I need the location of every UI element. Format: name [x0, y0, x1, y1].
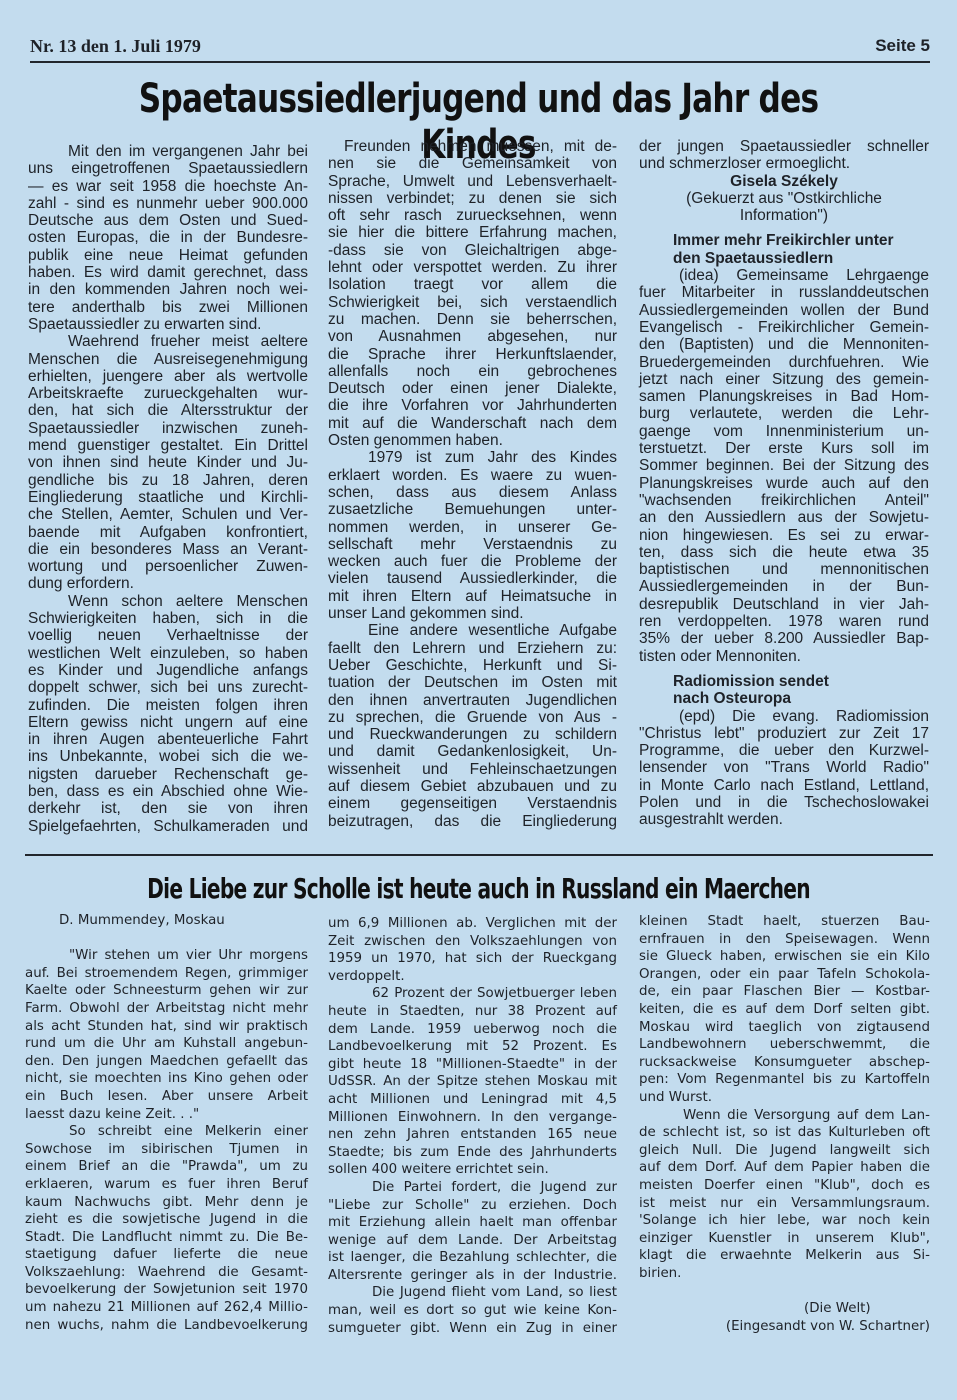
text-line: die ein besonderes Mass an Verant-	[28, 541, 308, 558]
text-line: Arbeitskraefte zurueckgehalten wur-	[28, 385, 308, 402]
text-line: westlichen Welt einzuleben, so haben	[28, 645, 308, 662]
text-line: faellt den Lehrern und Erziehern zu:	[328, 640, 617, 657]
text-line: um nahezu 21 Millionen auf 262,4 Millio-	[25, 1299, 308, 1317]
text-line: pen: Vom Regenmantel bis zu Kartoffeln	[639, 1071, 930, 1089]
text-line: Eltern gewiss nicht ungern auf eine	[28, 714, 308, 731]
text-line: Die Partei fordert, die Jugend zur	[328, 1179, 617, 1197]
text-line: man, weil es dort so gut wie keine Kon-	[328, 1302, 617, 1320]
text-line: tuation der Deutschen im Osten mit	[328, 674, 617, 691]
text-line: Die Jugend flieht vom Land, so liest	[328, 1284, 617, 1302]
text-line: nen wuchs, nahm die Landbevoelkerung	[25, 1317, 308, 1335]
text-line: Deutsche aus dem Osten und Sued-	[28, 212, 308, 229]
subheading: Immer mehr Freikirchler unter	[639, 232, 929, 249]
newspaper-page: Nr. 13 den 1. Juli 1979 Seite 5 Spaetaus…	[0, 0, 957, 1400]
subheading: Radiomission sendet	[639, 673, 929, 690]
text-line: gaenge vom Innenministerium un-	[639, 423, 929, 440]
text-line: Millionen Einwohnern. In den vergange-	[328, 1109, 617, 1127]
text-line: oft sehr rasch zuruecksehnen, wenn	[328, 207, 617, 224]
text-line: erhielten, juengere aber als wertvolle	[28, 368, 308, 385]
text-line: tere anderthalb bis zwei Millionen	[28, 299, 308, 316]
text-line: 62 Prozent der Sowjetbuerger leben	[328, 985, 617, 1003]
text-line: gleich Null. Die Jugend langweilt sich	[639, 1142, 930, 1160]
text-line: ausgestrahlt werden.	[639, 811, 929, 828]
text-line: voellig neuen Verhaeltnisse der	[28, 627, 308, 644]
text-line: zusaetzliche Bemuehungen unter-	[328, 501, 617, 518]
text-line: gibt heute 18 "Millionen-Staedte" in der	[328, 1056, 617, 1074]
text-line: nion hingewiesen. Es sei zu erwar-	[639, 527, 929, 544]
text-line: Programme, die ueber den Kurzwel-	[639, 742, 929, 759]
text-line: So schreibt eine Melkerin einer	[25, 1123, 308, 1141]
text-line: 1979 ist zum Jahr des Kindes	[328, 449, 617, 466]
text-line: ren verdoppelten. 1978 waren rund	[639, 613, 929, 630]
text-line: terstuetzt. Der erste Kurs soll im	[639, 440, 929, 457]
text-line: Eingliederung staatliche und Kirchli-	[28, 489, 308, 506]
text-line: 35% der ueber 8.200 Aussiedler Bap-	[639, 630, 929, 647]
text-line: osten Europas, die in der Bundesre-	[28, 229, 308, 246]
text-line: einem gegenseitigen Verstaendnis	[328, 795, 617, 812]
text-line: baptistischen und mennonitischen	[639, 561, 929, 578]
text-line: UdSSR. An der Spitze stehen Moskau mit	[328, 1073, 617, 1091]
text-line: und Wurst.	[639, 1089, 930, 1107]
text-line: staetigung dafuer lieferte die neue	[25, 1246, 308, 1264]
text-line: erklaert worden. Es waere zu wuen-	[328, 467, 617, 484]
text-line: derkehr ist, den sie von ihren	[28, 800, 308, 817]
text-line: wenige auf dem Lande. Der Arbeitstag	[328, 1232, 617, 1250]
text-line: mit ihren Eltern auf Heimatsuche in	[328, 588, 617, 605]
text-line: heute in Staedten, nur 38 Prozent auf	[328, 1003, 617, 1021]
text-line: nicht, sie moechten ins Kino gehen oder	[25, 1070, 308, 1088]
issue-date: Nr. 13 den 1. Juli 1979	[30, 36, 201, 57]
text-line: keiten, die es auf dem Dorf selten gibt.	[639, 1001, 930, 1019]
text-line: wissenheit und Fehleinschaetzungen	[328, 761, 617, 778]
text-line: Bruedergemeinden durchfuehren. Wie	[639, 354, 929, 371]
text-line: von Ausnahmen abgesehen, nur	[328, 328, 617, 345]
subheading: nach Osteuropa	[639, 690, 929, 707]
text-line: lensender von "Trans World Radio"	[639, 759, 929, 776]
text-line: wecken auch fuer die Probleme der	[328, 553, 617, 570]
text-line: einziger Kuenstler in unserem Klub",	[639, 1230, 930, 1248]
author-byline: Gisela Székely	[639, 173, 929, 190]
text-line: che Stellen, Aemter, Schulen und Ver-	[28, 506, 308, 523]
article-column: Mit den im vergangenen Jahr beiuns einge…	[28, 143, 308, 835]
text-line: vielen tausend Aussiedlerkinder, die	[328, 570, 617, 587]
text-line: Orangen, oder ein paar Tafeln Schokola-	[639, 966, 930, 984]
text-line: lehnt oder verspottet werden. Zu ihrer	[328, 259, 617, 276]
text-line: schen, dass aus diesem Anlass	[328, 484, 617, 501]
text-line: zufinden. Die meisten folgen ihren	[28, 697, 308, 714]
text-line: Isolation traegt vor allem die	[328, 276, 617, 293]
text-line: uns eingetroffenen Spaetaussiedlern	[28, 160, 308, 177]
text-line: nen sie die Gemeinsamkeit von	[328, 155, 617, 172]
text-line: Information")	[639, 207, 929, 224]
text-line: auf. Bei stroemendem Regen, grimmiger	[25, 965, 308, 983]
text-line: rucksackweise Konsumgueter abschep-	[639, 1054, 930, 1072]
text-line: de schlecht ist, so ist das Kulturleben …	[639, 1124, 930, 1142]
article-headline: Die Liebe zur Scholle ist heute auch in …	[134, 872, 823, 905]
text-line: der jungen Spaetaussiedler schneller	[639, 138, 929, 155]
text-line: nommen werden, in unserer Ge-	[328, 519, 617, 536]
text-line: desrepublik Deutschland in vier Jah-	[639, 596, 929, 613]
text-line: mit Erziehung allein haelt man offenbar	[328, 1214, 617, 1232]
text-line: sie Glueck haben, erwischen sie ein Kilo	[639, 948, 930, 966]
text-line: dem Lande. 1959 ueberwog noch die	[328, 1021, 617, 1039]
text-line: Ueber Geschichte, Herkunft und Si-	[328, 657, 617, 674]
text-line: haben. Es wird damit gerechnet, dass	[28, 264, 308, 281]
text-line: ist laenger, die Bezahlung schlechter, d…	[328, 1249, 617, 1267]
text-line: meisten Doerfer einen "Klub", doch es	[639, 1177, 930, 1195]
text-line: laesst dazu keine Zeit. . ."	[25, 1106, 308, 1124]
text-line: unser Land gekommen sind.	[328, 605, 617, 622]
text-line: Farm. Obwohl der Arbeitstag nicht mehr	[25, 1000, 308, 1018]
text-line: ins Unbekannte, wobei sich die we-	[28, 748, 308, 765]
text-line: "Christus lebt" produziert zur Zeit 17	[639, 725, 929, 742]
text-line: auf diesem Gebiet abzubauen und zu	[328, 778, 617, 795]
text-line: um 6,9 Millionen ab. Verglichen mit der	[328, 915, 617, 933]
text-line: sollen 400 weitere errichtet sein.	[328, 1161, 617, 1179]
text-line: Landbevoelkerung mit 52 Prozent. Es	[328, 1038, 617, 1056]
text-line: nen zehn Jahren entstanden 165 neue	[328, 1126, 617, 1144]
article-column: der jungen Spaetaussiedler schnellerund …	[639, 138, 929, 829]
text-line: Sommer beginnen. Bei der Sitzung des	[639, 457, 929, 474]
article-column: D. Mummendey, Moskau"Wir stehen um vier …	[25, 912, 308, 1334]
text-line: als acht Stunden hat, sind wir praktisch	[25, 1018, 308, 1036]
text-line: sumgueter gibt. Wenn ein Zug in einer	[328, 1320, 617, 1338]
text-line: (Die Welt)	[639, 1300, 930, 1318]
text-line: wortung und persoenlicher Zuwen-	[28, 558, 308, 575]
text-line: (Gekuerzt aus "Ostkirchliche	[639, 190, 929, 207]
text-line: bevoelkerung der Sowjetunion seit 1970	[25, 1281, 308, 1299]
text-line	[639, 224, 929, 232]
text-line: und Rueckwanderungen zu schildern	[328, 726, 617, 743]
article-column: um 6,9 Millionen ab. Verglichen mit derZ…	[328, 915, 617, 1337]
page-number: Seite 5	[875, 36, 930, 56]
text-line	[639, 665, 929, 673]
text-line: nissen verbindet; zu denen sie sich	[328, 190, 617, 207]
text-line: (idea) Gemeinsame Lehrgaenge	[639, 267, 929, 284]
header-rule	[30, 61, 930, 63]
text-line	[25, 930, 308, 948]
text-line: beizutragen, das die Eingliederung	[328, 813, 617, 830]
text-line: jetzt nach einer Sitzung des gemein-	[639, 371, 929, 388]
text-line: Aussiedlergemeinden wollen der Bund	[639, 302, 929, 319]
text-line: zu machen. Denn sie beherrschen,	[328, 311, 617, 328]
text-line: und schmerzloser ermoeglicht.	[639, 155, 929, 172]
subheading: den Spaetaussiedlern	[639, 250, 929, 267]
text-line: rund um die Uhr am Kuhstall angebun-	[25, 1035, 308, 1053]
text-line: ein Buch lesen. Aber unsere Arbeit	[25, 1088, 308, 1106]
text-line: Eine andere wesentliche Aufgabe	[328, 622, 617, 639]
text-line: Wenn die Versorgung auf dem Lan-	[639, 1107, 930, 1125]
text-line: "Liebe zur Scholle" zu erziehen. Doch	[328, 1197, 617, 1215]
text-line: es Kinder und Jugendliche anfangs	[28, 662, 308, 679]
text-line: allenfalls noch ein gebrochenes	[328, 363, 617, 380]
text-line	[639, 1282, 930, 1300]
text-line: sellschaft mehr Verstaendnis zu	[328, 536, 617, 553]
text-line: und damit Gedankenlosigkeit, Un-	[328, 743, 617, 760]
text-line: burg verlautete, werden die Lehr-	[639, 405, 929, 422]
section-divider	[25, 854, 933, 856]
text-line: fuer Mitarbeiter in russlanddeutschen	[639, 284, 929, 301]
text-line: an den Aussiedlern aus der Sowjetu-	[639, 509, 929, 526]
text-line: Stadt. Die Landflucht nimmt zu. Die Be-	[25, 1229, 308, 1247]
text-line: samen Planungskreises in Bad Hom-	[639, 388, 929, 405]
text-line: den. Den jungen Maedchen gefaellt das	[25, 1053, 308, 1071]
text-line: Waehrend frueher meist aeltere	[28, 333, 308, 350]
text-line: in Monte Carlo nach Estland, Lettland,	[639, 777, 929, 794]
text-line: Volkszaehlung: Waehrend die Gesamt-	[25, 1264, 308, 1282]
text-line: klagt die erwaehnte Melkerin aus Si-	[639, 1247, 930, 1265]
text-line: Planungskreises wurde auch auf den	[639, 475, 929, 492]
text-line: ist meist nur ein Versammlungsraum.	[639, 1195, 930, 1213]
text-line: zahl - sind es nunmehr ueber 900.000	[28, 195, 308, 212]
text-line: mend guenstiger gestaltet. Ein Drittel	[28, 437, 308, 454]
text-line: birien.	[639, 1265, 930, 1283]
text-line: Moskau wird taeglich von zigtausend	[639, 1019, 930, 1037]
text-line: acht Millionen und Leningrad mit 4,5	[328, 1091, 617, 1109]
text-line: gendliche bis zu 18 Jahren, deren	[28, 472, 308, 489]
text-line: erklaeren, warum es fuer ihren Beruf	[25, 1176, 308, 1194]
text-line: dung erfordern.	[28, 575, 308, 592]
text-line: "wachsenden freikirchlichen Anteil"	[639, 492, 929, 509]
page-header: Nr. 13 den 1. Juli 1979 Seite 5	[30, 36, 930, 60]
text-line: Freunden nehmen muessen, mit de-	[328, 138, 617, 155]
text-line: Spaetaussiedler zu erwarten sind.	[28, 316, 308, 333]
text-line: 1959 un 1970, hat sich der Rueckgang	[328, 950, 617, 968]
text-line: D. Mummendey, Moskau	[25, 912, 308, 930]
text-line: Osten genommen haben.	[328, 432, 617, 449]
text-line: Menschen die Ausreisegenehmigung	[28, 351, 308, 368]
text-line: von ihnen sind heute Kinder und Ju-	[28, 454, 308, 471]
text-line: sie hier die bittere Erfahrung machen,	[328, 224, 617, 241]
text-line: Spielgefaehrten, Schulkameraden und	[28, 818, 308, 835]
text-line: Sprache, Umwelt und Lebensverhaelt-	[328, 173, 617, 190]
article-column: Freunden nehmen muessen, mit de-nen sie …	[328, 138, 617, 830]
text-line: Evangelisch - Freikirchlicher Gemein-	[639, 319, 929, 336]
text-line: Kaelte oder Schneesturm gehen wir zur	[25, 982, 308, 1000]
text-line: 'Solange ich hier lebe, war noch kein	[639, 1212, 930, 1230]
text-line: baende mit Aufgaben konfrontiert,	[28, 524, 308, 541]
text-line: ten, dass sich die heute etwa 35	[639, 544, 929, 561]
text-line: zu sprechen, die Gruende von Aus -	[328, 709, 617, 726]
text-line: ernfrauen in den Speisewagen. Wenn	[639, 931, 930, 949]
text-line: nigsten darueber Rechenschaft ge-	[28, 766, 308, 783]
text-line: Altersrente geringer als in der Industri…	[328, 1267, 617, 1285]
text-line: Schwierigkeit bei, sich verstaendlich	[328, 294, 617, 311]
text-line: die ihre Vorfahren vor Jahrhunderten	[328, 397, 617, 414]
text-line: Staedte; bis zum Ende des Jahrhunderts	[328, 1144, 617, 1162]
text-line: Polen und in die Tschechoslowakei	[639, 794, 929, 811]
text-line: den ihnen anvertrauten Jugendlichen	[328, 692, 617, 709]
text-line: Aussiedlergemeinden in der Bun-	[639, 578, 929, 595]
text-line: publik eine neue Heimat gefunden	[28, 247, 308, 264]
text-line: (Eingesandt von W. Schartner)	[639, 1318, 930, 1336]
article-column: kleinen Stadt haelt, stuerzen Bau-ernfra…	[639, 913, 930, 1335]
text-line: "Wir stehen um vier Uhr morgens	[25, 947, 308, 965]
text-line: auf dem Dorf. Auf dem Papier haben die	[639, 1159, 930, 1177]
text-line: Landbewohnern ueberschwemmt, die	[639, 1036, 930, 1054]
text-line: Zeit zwischen den Volkszaehlungen von	[328, 933, 617, 951]
text-line: -dass sie von Gleichaltrigen abge-	[328, 242, 617, 259]
text-line: — es war seit 1958 die hoechste An-	[28, 178, 308, 195]
text-line: Deutsch oder einen jener Dialekte,	[328, 380, 617, 397]
text-line: (epd) Die evang. Radiomission	[639, 708, 929, 725]
text-line: Spaetaussiedler inzwischen zuneh-	[28, 420, 308, 437]
text-line: doppelt schwer, sich bei uns zurecht-	[28, 679, 308, 696]
text-line: kaum Nachwuchs gibt. Mehr denn je	[25, 1194, 308, 1212]
text-line: verdoppelt.	[328, 968, 617, 986]
text-line: Wenn schon aeltere Menschen	[28, 593, 308, 610]
text-line: Sowchose im sibirischen Tjumen in	[25, 1141, 308, 1159]
text-line: den (Baptisten) und die Mennoniten-	[639, 336, 929, 353]
text-line: de, ein paar Flaschen Bier — Kostbar-	[639, 983, 930, 1001]
text-line: einem Brief an die "Prawda", um zu	[25, 1158, 308, 1176]
text-line: Mit den im vergangenen Jahr bei	[28, 143, 308, 160]
text-line: den, hat sich die Altersstruktur der	[28, 402, 308, 419]
text-line: in den kommenden Jahren noch wei-	[28, 281, 308, 298]
text-line: in ihren Augen abenteuerliche Fahrt	[28, 731, 308, 748]
text-line: ben, dass es ein Abschied ohne Wie-	[28, 783, 308, 800]
text-line: kleinen Stadt haelt, stuerzen Bau-	[639, 913, 930, 931]
text-line: tisten oder Mennoniten.	[639, 648, 929, 665]
text-line: Schwierigkeiten haben, sich in die	[28, 610, 308, 627]
text-line: zieht es die sowjetische Jugend in die	[25, 1211, 308, 1229]
text-line: die Sprache ihrer Herkunftslaender,	[328, 346, 617, 363]
text-line: mit auf die Wanderschaft nach dem	[328, 415, 617, 432]
